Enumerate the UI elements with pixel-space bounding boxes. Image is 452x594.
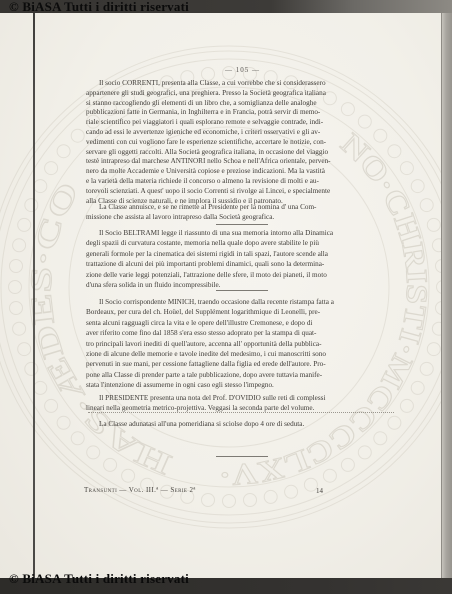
copyright-watermark-bottom: © BiASA Tutti i diritti riservati — [9, 571, 189, 587]
text-line: nero da molte Accademie e Università cop… — [86, 167, 399, 177]
text-line: tro principali lavori inediti di quell'a… — [86, 339, 399, 349]
text-line: Il Socio corrispondente MINICH, traendo … — [86, 297, 399, 307]
text-line: d'una sfera solida in un fluido incompre… — [86, 280, 399, 290]
end-divider — [216, 456, 268, 457]
text-line: La Classe adunatasi all'una pomeridiana … — [86, 419, 399, 429]
text-line: senta alcuni ragguagli circa la vita e l… — [86, 318, 399, 328]
text-line: vedimenti con cui vogliono fare le esper… — [86, 138, 399, 148]
section-divider — [216, 290, 268, 291]
paragraph-beltrami: Il Socio BELTRAMI legge il riassunto di … — [86, 228, 399, 290]
text-line: trattazione di alcuni dei più importanti… — [86, 259, 399, 269]
text-line: pubblicazioni fatte in Germania, in Ingh… — [86, 108, 399, 118]
text-line: servare gli oggetti raccolti. Alla Socie… — [86, 148, 399, 158]
copyright-watermark-top: © BiASA Tutti i diritti riservati — [9, 0, 189, 15]
text-line: riale scientifico pei viaggiatori i qual… — [86, 118, 399, 128]
text-line: testè intrapreso dal marchese ANTINORI n… — [86, 157, 399, 167]
text-line: La Classe annuisce, e se ne rimette al P… — [86, 203, 399, 213]
text-line: Bordeaux, per cura del ch. Hoüel, del Su… — [86, 307, 399, 317]
section-divider — [216, 224, 268, 225]
text-line: Il PRESIDENTE presenta una nota del Prof… — [86, 393, 399, 403]
text-line: si stanno raccogliendo gli elementi di u… — [86, 99, 399, 109]
text-line: missione che assista al lavoro intrapres… — [86, 213, 399, 223]
text-line: generali formole per la cinematica dei s… — [86, 249, 399, 259]
text-line: Il Socio BELTRAMI legge il riassunto di … — [86, 228, 399, 238]
text-line: zione delle varie leggi potenziali, l'at… — [86, 270, 399, 280]
text-line: pone alla Classe di prender parte a tale… — [86, 370, 399, 380]
text-line: appartenere gli studi geografici, una pr… — [86, 89, 399, 99]
footer-volume-label: Transunti — Vol. III.ª — Serie 2ª — [84, 486, 196, 494]
paragraph-correnti: Il socio CORRENTI, presenta alla Classe,… — [86, 79, 399, 206]
footer-signature-number: 14 — [316, 487, 323, 495]
text-line: degli spazii di curvatura costante, memo… — [86, 238, 399, 248]
text-line: aver riferito come fino dal 1858 s'era e… — [86, 328, 399, 338]
paragraph-classe-annuisce: La Classe annuisce, e se ne rimette al P… — [86, 203, 399, 223]
text-line: cando ad essi le avvertenze igieniche ed… — [86, 128, 399, 138]
text-line: stata l'intenzione di assumerne in ogni … — [86, 380, 399, 390]
text-line: Il socio CORRENTI, presenta alla Classe,… — [86, 79, 399, 89]
dotted-divider — [88, 412, 394, 413]
paragraph-minich: Il Socio corrispondente MINICH, traendo … — [86, 297, 399, 391]
text-line: e la varietà della materia richiede il c… — [86, 177, 399, 187]
page-number: — 105 — — [86, 66, 399, 74]
book-gutter-edge-line — [33, 13, 35, 578]
scan-right-edge — [441, 13, 452, 578]
text-line: zione di alcune delle memorie e tavole i… — [86, 349, 399, 359]
paragraph-presidente: Il PRESIDENTE presenta una nota del Prof… — [86, 393, 399, 414]
text-line: torevoli scienziati. A quest' uopo il so… — [86, 187, 399, 197]
text-line: pervenuti in sue mani, per cessione fatt… — [86, 359, 399, 369]
paragraph-closing: La Classe adunatasi all'una pomeridiana … — [86, 419, 399, 429]
